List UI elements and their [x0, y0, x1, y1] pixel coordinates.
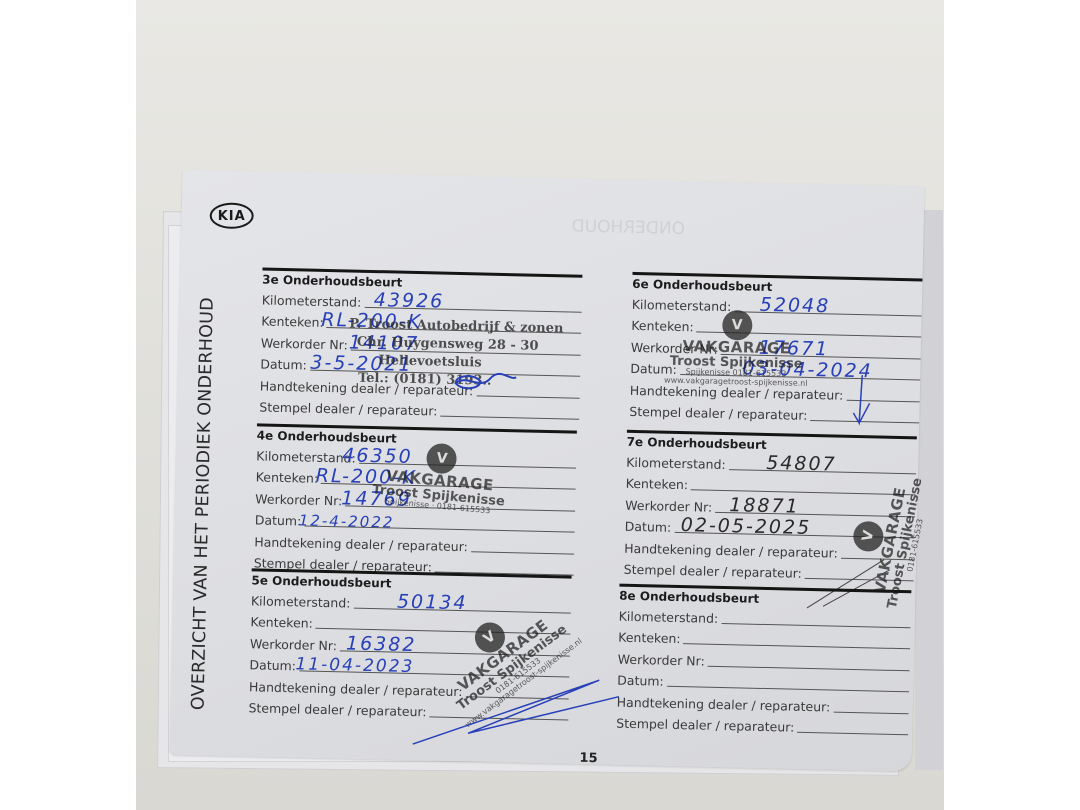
- page-number: 15: [579, 751, 597, 766]
- field-label: Kenteken:: [250, 614, 313, 631]
- brand-text: KIA: [218, 208, 246, 223]
- field-label: Werkorder Nr:: [250, 636, 337, 654]
- service-section-8: 8e Onderhoudsbeurt Kilometerstand: Kente…: [616, 584, 911, 739]
- dealer-stamp: V VAKGARAGE Troost Spijkenisse Spijkenis…: [664, 309, 809, 388]
- service-section-3: 3e Onderhoudsbeurt Kilometerstand:43926 …: [259, 267, 582, 422]
- field-label: Stempel dealer / reparateur:: [248, 700, 426, 720]
- field-label: Werkorder Nr:: [618, 651, 705, 669]
- werkorder-value: 18871: [729, 494, 800, 518]
- kilometerstand-value: 50134: [397, 590, 468, 614]
- werkorder-value: 16382: [346, 632, 417, 656]
- field-label: Datum:: [255, 512, 302, 529]
- field-label: Kenteken:: [626, 476, 689, 493]
- kilometerstand-value: 43926: [374, 289, 445, 313]
- field-line: [797, 731, 908, 736]
- dealer-stamp: V VAKGARAGE Troost Spijkenisse Spijkenis…: [371, 438, 510, 518]
- field-label: Datum:: [260, 356, 307, 373]
- field-label: Stempel dealer / reparateur:: [624, 562, 802, 582]
- show-through-text: ONDERHOUD: [571, 216, 685, 239]
- field-label: Werkorder Nr:: [255, 491, 342, 509]
- field-label: Datum:: [617, 673, 664, 690]
- field-label: Stempel dealer / reparateur:: [259, 399, 437, 419]
- kilometerstand-value: 54807: [766, 451, 837, 475]
- field-line: [833, 710, 908, 714]
- field-label: Stempel dealer / reparateur:: [616, 716, 794, 736]
- datum-value: 02-05-2025: [681, 514, 812, 539]
- service-section-5: 5e Onderhoudsbeurt Kilometerstand:50134 …: [248, 568, 571, 723]
- signature-icon: [450, 368, 521, 396]
- field-label: Werkorder Nr:: [625, 497, 712, 515]
- field-label: Kenteken:: [261, 313, 324, 330]
- signature-icon: [408, 672, 630, 757]
- service-section-4: 4e Onderhoudsbeurt Kilometerstand:46350 …: [254, 423, 577, 578]
- datum-value: 11-04-2023: [295, 654, 414, 677]
- side-title: OVERZICHT VAN HET PERIODIEK ONDERHOUD: [188, 297, 217, 710]
- datum-value: 12-4-2022: [299, 511, 395, 531]
- maintenance-page: KIA OVERZICHT VAN HET PERIODIEK ONDERHOU…: [169, 170, 924, 772]
- service-section-6: 6e Onderhoudsbeurt Kilometerstand:52048 …: [629, 272, 922, 427]
- field-label: Werkorder Nr:: [261, 335, 348, 353]
- field-label: Kenteken:: [256, 469, 319, 486]
- field-label: Kenteken:: [618, 630, 681, 647]
- signature-icon: [847, 373, 878, 434]
- kia-logo-icon: KIA: [210, 203, 254, 229]
- vakgarage-emblem-icon: V: [722, 310, 753, 341]
- field-line: [440, 415, 579, 420]
- field-label: Datum:: [249, 657, 296, 674]
- service-section-7: 7e Onderhoudsbeurt Kilometerstand:54807 …: [624, 430, 917, 585]
- field-label: Datum:: [625, 519, 672, 536]
- field-label: Stempel dealer / reparateur:: [629, 404, 807, 424]
- field-line: [471, 550, 574, 554]
